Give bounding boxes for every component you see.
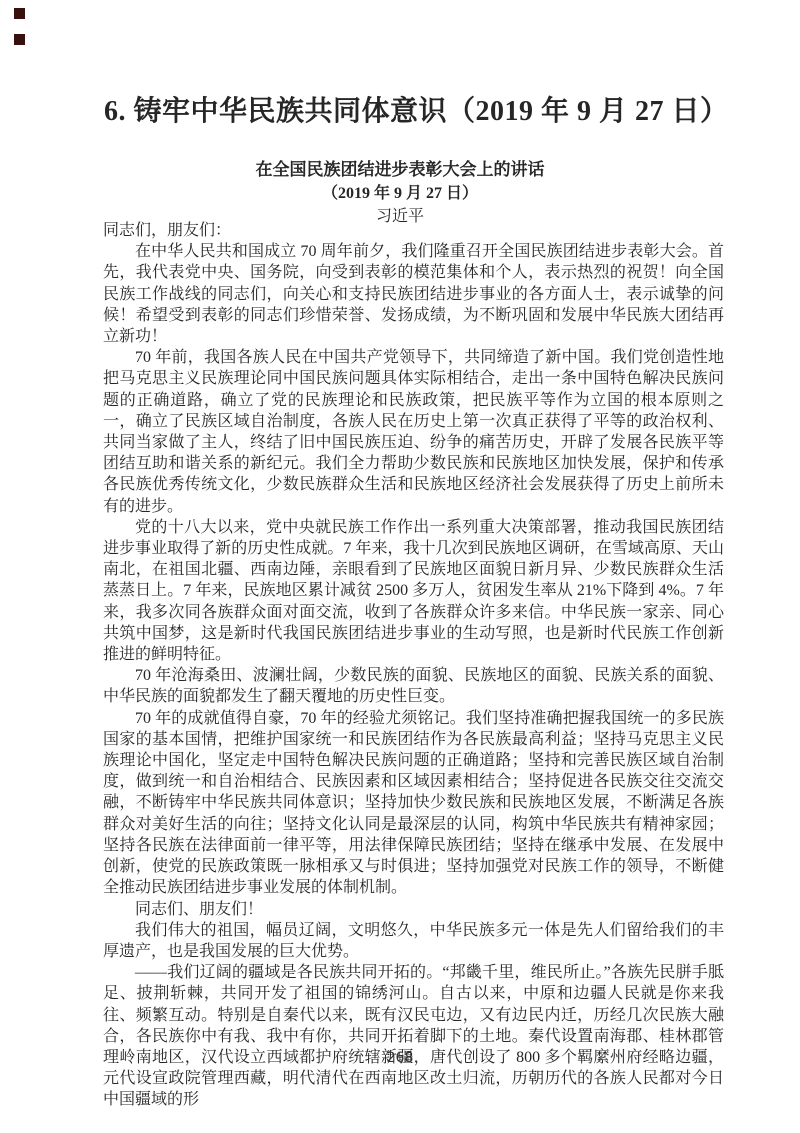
corner-mark-icon [14,34,25,45]
paragraph: 70 年前，我国各族人民在中国共产党领导下，共同缔造了新中国。我们党创造性地把马… [103,347,724,517]
paragraph: ——我们辽阔的疆域是各民族共同开拓的。“邦畿千里，维民所止。”各族先民胼手胝足、… [103,962,724,1110]
paragraph: 党的十八大以来，党中央就民族工作作出一系列重大决策部署，推动我国民族团结进步事业… [103,517,724,665]
document-body: 同志们，朋友们： 在中华人民共和国成立 70 周年前夕，我们隆重召开全国民族团结… [103,220,724,1111]
paragraph: 70 年的成就值得自豪，70 年的经验尤须铭记。我们坚持准确把握我国统一的多民族… [103,708,724,899]
speech-date: （2019 年 9 月 27 日） [0,182,800,205]
salutation: 同志们、朋友们！ [103,899,724,920]
paragraph: 我们伟大的祖国，幅员辽阔，文明悠久，中华民族多元一体是先人们留给我们的丰厚遗产，… [103,920,724,962]
corner-mark-icon [14,8,25,19]
paragraph: 70 年沧海桑田、波澜壮阔，少数民族的面貌、民族地区的面貌、民族关系的面貌、中华… [103,665,724,707]
page-title: 6. 铸牢中华民族共同体意识（2019 年 9 月 27 日） [104,93,754,131]
salutation: 同志们，朋友们： [103,220,724,241]
speech-title: 在全国民族团结进步表彰大会上的讲话 [0,158,800,182]
document-page: 6. 铸牢中华民族共同体意识（2019 年 9 月 27 日） 在全国民族团结进… [0,0,800,1133]
corner-marks [14,8,25,60]
paragraph: 在中华人民共和国成立 70 周年前夕，我们隆重召开全国民族团结进步表彰大会。首先… [103,241,724,347]
page-number: 268 [0,1050,800,1066]
document-header: 在全国民族团结进步表彰大会上的讲话 （2019 年 9 月 27 日） 习近平 [0,158,800,228]
